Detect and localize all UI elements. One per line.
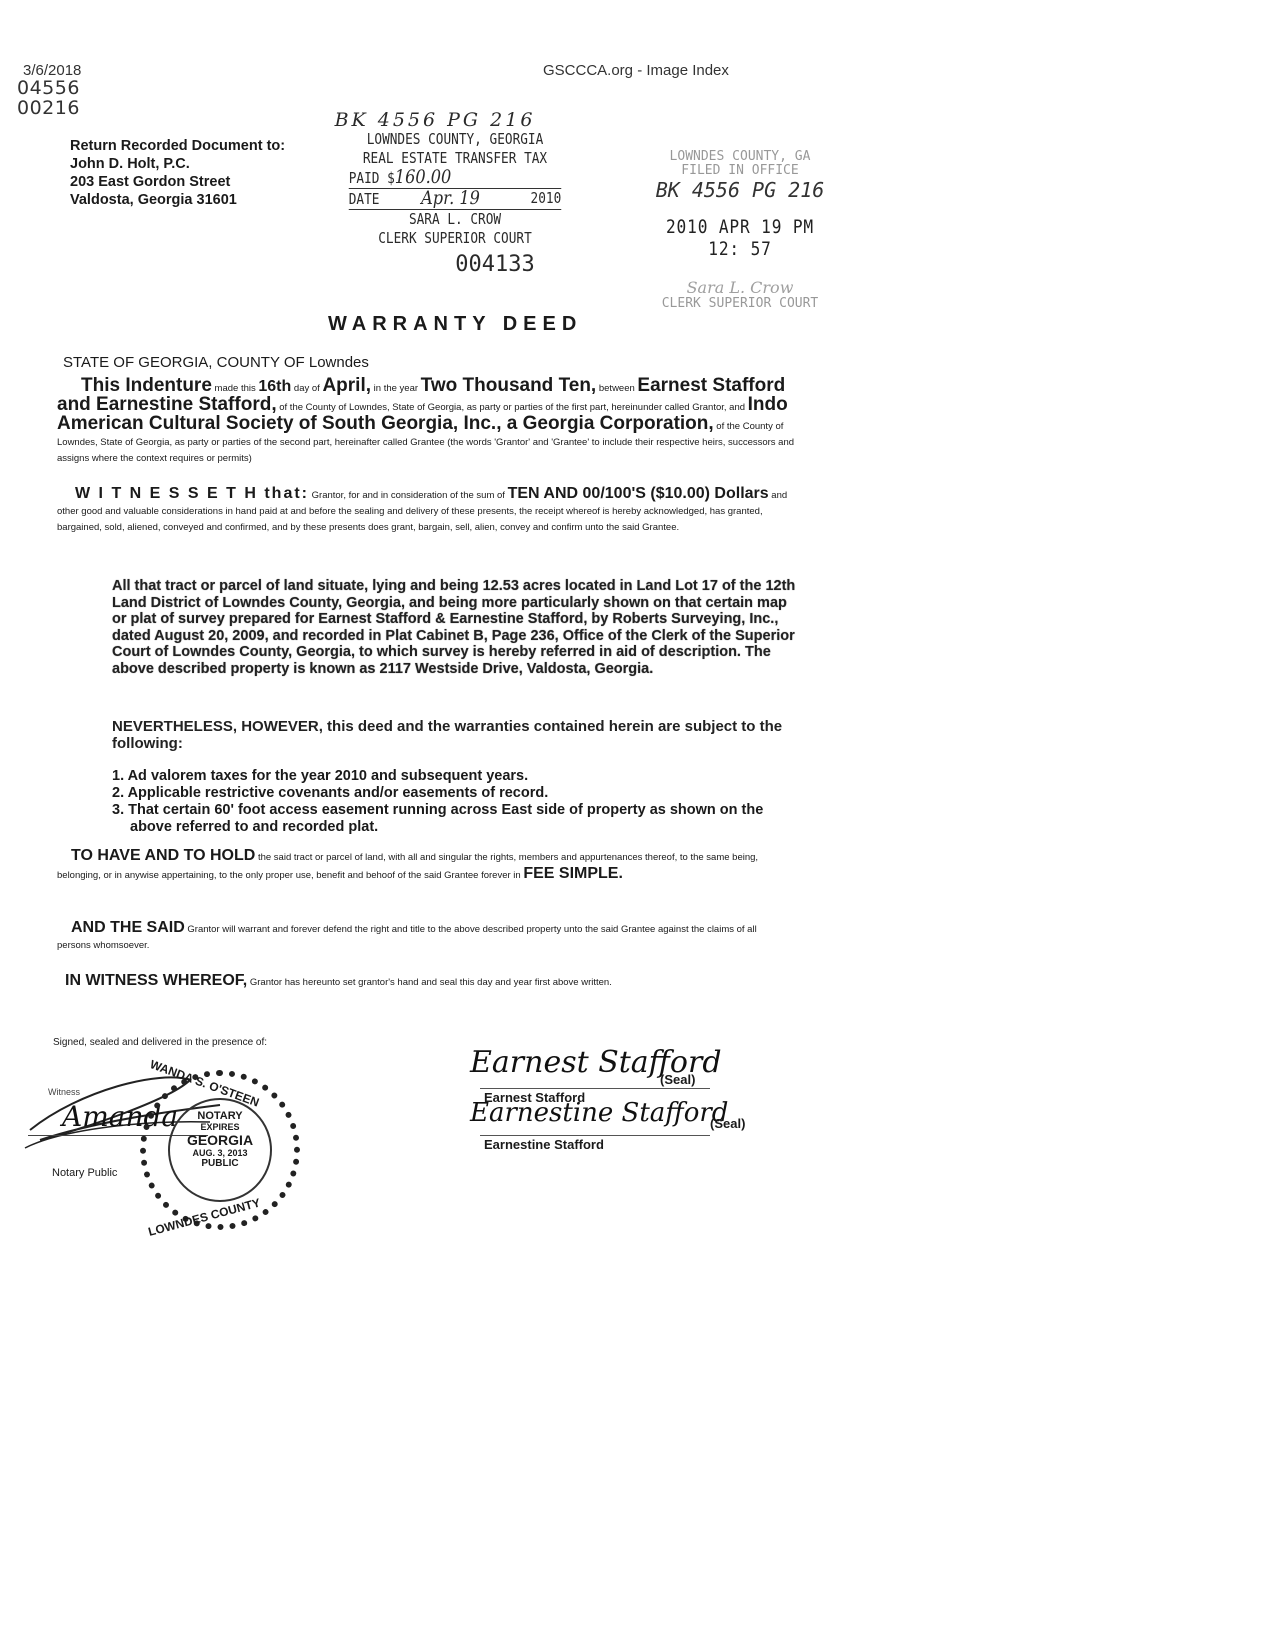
- return-label: Return Recorded Document to:: [70, 137, 285, 155]
- seal-title: NOTARY: [170, 1110, 270, 1122]
- return-city: Valdosta, Georgia 31601: [70, 191, 285, 209]
- stamp-clerk-title: CLERK SUPERIOR COURT: [349, 229, 562, 248]
- grantor-2-seal: (Seal): [710, 1116, 745, 1131]
- notary-public-label: Notary Public: [52, 1167, 117, 1179]
- filing-book-page: BK 4556 PG 216: [650, 178, 830, 202]
- signed-presence-label: Signed, sealed and delivered in the pres…: [53, 1037, 267, 1048]
- stamp-paid-amount: 160.00: [395, 166, 452, 188]
- return-name: John D. Holt, P.C.: [70, 155, 285, 173]
- stamp-doc-number: 004133: [330, 252, 580, 277]
- filing-court: CLERK SUPERIOR COURT: [650, 297, 830, 311]
- seal-state: GEORGIA: [170, 1132, 270, 1148]
- transfer-tax-stamp: BK 4556 PG 216 LOWNDES COUNTY, GEORGIA R…: [330, 110, 580, 277]
- stamp-date-value: Apr. 19: [421, 187, 480, 209]
- witnesseth-paragraph: W I T N E S S E T H that: Grantor, for a…: [57, 486, 802, 536]
- legal-description: All that tract or parcel of land situate…: [112, 578, 802, 677]
- grantor-2-signature: Earnestine Stafford: [470, 1098, 728, 1128]
- seal-expires-label: EXPIRES: [170, 1122, 270, 1132]
- site-title: GSCCCA.org - Image Index: [543, 62, 729, 79]
- stamp-book-page: BK 4556 PG 216: [310, 110, 560, 130]
- grantor-1-line: [480, 1088, 710, 1089]
- nevertheless-clause: NEVERTHELESS, HOWEVER, this deed and the…: [112, 718, 802, 752]
- stamp-clerk-name: SARA L. CROW: [349, 210, 562, 229]
- testimonium-paragraph: IN WITNESS WHEREOF, Grantor has hereunto…: [57, 973, 772, 991]
- filing-county: LOWNDES COUNTY, GA: [650, 150, 830, 164]
- grantor-1-seal: (Seal): [660, 1072, 695, 1087]
- grantor-2-name: Earnestine Stafford: [484, 1137, 604, 1152]
- habendum-paragraph: TO HAVE AND TO HOLD the said tract or pa…: [57, 848, 772, 884]
- document-title: WARRANTY DEED: [328, 313, 582, 336]
- stamp-paid-label: PAID $: [349, 169, 395, 187]
- exceptions-list: 1. Ad valorem taxes for the year 2010 an…: [112, 768, 802, 836]
- exception-item: 1. Ad valorem taxes for the year 2010 an…: [112, 768, 802, 785]
- return-address-block: Return Recorded Document to: John D. Hol…: [70, 137, 285, 209]
- exception-item: 3. That certain 60' foot access easement…: [112, 802, 802, 836]
- warranty-paragraph: AND THE SAID Grantor will warrant and fo…: [57, 920, 772, 954]
- exception-item: 2. Applicable restrictive covenants and/…: [112, 785, 802, 802]
- stamp-tax-label: REAL ESTATE TRANSFER TAX: [349, 149, 562, 168]
- book-number: 04556: [17, 77, 80, 99]
- stamp-year: 2010: [531, 189, 562, 208]
- return-street: 203 East Gordon Street: [70, 173, 285, 191]
- indenture-paragraph: This Indenture made this 16th day of Apr…: [57, 378, 802, 467]
- witness-label: Witness: [48, 1087, 80, 1097]
- grantor-2-line: [480, 1135, 710, 1136]
- state-county: STATE OF GEORGIA, COUNTY OF Lowndes: [63, 354, 369, 371]
- seal-expires-date: AUG. 3, 2013: [170, 1148, 270, 1158]
- stamp-date-label: DATE: [349, 190, 380, 208]
- stamp-county: LOWNDES COUNTY, GEORGIA: [349, 130, 562, 149]
- seal-public: PUBLIC: [170, 1158, 270, 1169]
- notary-seal: WANDA S. O'STEEN NOTARY EXPIRES GEORGIA …: [140, 1070, 300, 1230]
- filing-filed: FILED IN OFFICE: [650, 164, 830, 178]
- filing-stamp: LOWNDES COUNTY, GA FILED IN OFFICE BK 45…: [650, 150, 830, 311]
- page-number: 00216: [17, 97, 80, 119]
- filing-clerk-signature: Sara L. Crow: [650, 278, 830, 297]
- filing-timestamp: 2010 APR 19 PM 12: 57: [664, 216, 817, 260]
